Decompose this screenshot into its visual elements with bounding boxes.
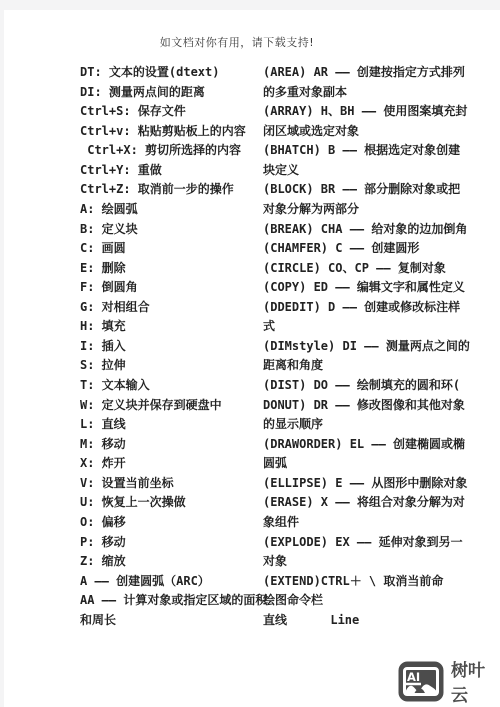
table-row: V: 设置当前坐标 (ELLIPSE) E —— 从图形中删除对象 (4, 474, 500, 494)
shortcut-right-cell: (EXPLODE) EX —— 延伸对象到另一 (263, 533, 500, 553)
table-row: 和周长 直线 Line (4, 611, 500, 631)
shortcut-right-cell: (DDEDIT) D —— 创建或修改标注样 (263, 298, 500, 318)
table-row: X: 炸开 圆弧 (4, 454, 500, 474)
shortcut-right-cell: (ERASE) X —— 将组合对象分解为对 (263, 493, 500, 513)
shortcut-right-cell: 式 (263, 317, 500, 337)
shortcut-right-cell: (COPY) ED —— 编辑文字和属性定义 (263, 278, 500, 298)
shortcut-left-cell: S: 拉伸 (80, 356, 263, 376)
watermark-brand: 树叶云 (451, 656, 500, 706)
table-row: DI: 测量两点间的距离 的多重对象副本 (4, 83, 500, 103)
table-row: W: 定义块并保存到硬盘中 DONUT) DR —— 修改图像和其他对象 (4, 396, 500, 416)
shortcut-left-cell: Z: 缩放 (80, 552, 263, 572)
table-row: Ctrl+X: 剪切所选择的内容 (BHATCH) B —— 根据选定对象创建 (4, 141, 500, 161)
shortcut-left-cell: A: 绘圆弧 (80, 200, 263, 220)
shortcut-right-cell: 的显示顺序 (263, 415, 500, 435)
shortcut-right-cell: (AREA) AR —— 创建按指定方式排列 (263, 63, 500, 83)
ai-image-logo-icon: AI (398, 661, 444, 702)
table-row: F: 倒圆角 (COPY) ED —— 编辑文字和属性定义 (4, 278, 500, 298)
watermark: AI 树叶云 (398, 656, 500, 706)
shortcut-right-cell: (ARRAY) H、BH —— 使用图案填充封 (263, 102, 500, 122)
shortcut-left-cell: DI: 测量两点间的距离 (80, 83, 263, 103)
shortcut-left-cell: AA —— 计算对象或指定区域的面积 (80, 591, 263, 611)
shortcut-right-cell: (EXTEND)CTRL＋ \ 取消当前命 (263, 572, 500, 592)
table-row: A: 绘圆弧 对象分解为两部分 (4, 200, 500, 220)
table-row: O: 偏移 象组件 (4, 513, 500, 533)
shortcut-right-cell: (DIMstyle) DI —— 测量两点之间的 (263, 337, 500, 357)
svg-text:AI: AI (407, 670, 420, 684)
download-notice: 如文档对你有用，请下载支持! (4, 34, 470, 50)
shortcut-left-cell: G: 对相组合 (80, 298, 263, 318)
table-row: DT: 文本的设置(dtext) (AREA) AR —— 创建按指定方式排列 (4, 63, 500, 83)
shortcut-left-cell: DT: 文本的设置(dtext) (80, 63, 263, 83)
shortcut-right-cell: (CIRCLE) CO、CP —— 复制对象 (263, 259, 500, 279)
shortcut-left-cell: O: 偏移 (80, 513, 263, 533)
shortcut-right-cell: (DRAWORDER) EL —— 创建椭圆或椭 (263, 435, 500, 455)
document-page: 如文档对你有用，请下载支持! DT: 文本的设置(dtext) (AREA) A… (4, 10, 500, 707)
shortcut-right-cell: 象组件 (263, 513, 500, 533)
shortcut-right-cell: 对象 (263, 552, 500, 572)
table-row: AA —— 计算对象或指定区域的面积 绘图命令栏 (4, 591, 500, 611)
table-row: S: 拉伸 距离和角度 (4, 356, 500, 376)
shortcut-left-cell: X: 炸开 (80, 454, 263, 474)
shortcut-right-cell: (DIST) DO —— 绘制填充的圆和环( (263, 376, 500, 396)
table-row: Ctrl+v: 粘贴剪贴板上的内容 闭区域或选定对象 (4, 122, 500, 142)
shortcut-left-cell: F: 倒圆角 (80, 278, 263, 298)
shortcut-left-cell: E: 删除 (80, 259, 263, 279)
shortcut-right-cell: DONUT) DR —— 修改图像和其他对象 (263, 396, 500, 416)
shortcut-left-cell: Ctrl+Z: 取消前一步的操作 (80, 180, 263, 200)
table-row: A —— 创建圆弧（ARC） (EXTEND)CTRL＋ \ 取消当前命 (4, 572, 500, 592)
table-row: Ctrl+Y: 重做 块定义 (4, 161, 500, 181)
shortcut-right-cell: 对象分解为两部分 (263, 200, 500, 220)
shortcut-left-cell: I: 插入 (80, 337, 263, 357)
table-row: Z: 缩放 对象 (4, 552, 500, 572)
table-row: G: 对相组合 (DDEDIT) D —— 创建或修改标注样 (4, 298, 500, 318)
shortcut-right-cell: (BREAK) CHA —— 给对象的边加倒角 (263, 220, 500, 240)
table-row: I: 插入 (DIMstyle) DI —— 测量两点之间的 (4, 337, 500, 357)
table-row: T: 文本输入 (DIST) DO —— 绘制填充的圆和环( (4, 376, 500, 396)
shortcut-list: DT: 文本的设置(dtext) (AREA) AR —— 创建按指定方式排列 … (4, 63, 500, 630)
table-row: E: 删除 (CIRCLE) CO、CP —— 复制对象 (4, 259, 500, 279)
shortcut-left-cell: L: 直线 (80, 415, 263, 435)
shortcut-right-cell: 块定义 (263, 161, 500, 181)
table-row: P: 移动 (EXPLODE) EX —— 延伸对象到另一 (4, 533, 500, 553)
shortcut-left-cell: C: 画圆 (80, 239, 263, 259)
table-row: Ctrl+S: 保存文件 (ARRAY) H、BH —— 使用图案填充封 (4, 102, 500, 122)
table-row: M: 移动 (DRAWORDER) EL —— 创建椭圆或椭 (4, 435, 500, 455)
shortcut-right-cell: 的多重对象副本 (263, 83, 500, 103)
shortcut-right-cell: 直线 Line (263, 611, 500, 631)
shortcut-right-cell: 距离和角度 (263, 356, 500, 376)
shortcut-left-cell: 和周长 (80, 611, 263, 631)
shortcut-left-cell: T: 文本输入 (80, 376, 263, 396)
shortcut-left-cell: V: 设置当前坐标 (80, 474, 263, 494)
table-row: B: 定义块 (BREAK) CHA —— 给对象的边加倒角 (4, 220, 500, 240)
shortcut-left-cell: Ctrl+v: 粘贴剪贴板上的内容 (80, 122, 263, 142)
shortcut-left-cell: H: 填充 (80, 317, 263, 337)
shortcut-left-cell: A —— 创建圆弧（ARC） (80, 572, 263, 592)
table-row: U: 恢复上一次操做 (ERASE) X —— 将组合对象分解为对 (4, 493, 500, 513)
table-row: C: 画圆 (CHAMFER) C —— 创建圆形 (4, 239, 500, 259)
shortcut-right-cell: 闭区域或选定对象 (263, 122, 500, 142)
shortcut-right-cell: 圆弧 (263, 454, 500, 474)
shortcut-right-cell: (ELLIPSE) E —— 从图形中删除对象 (263, 474, 500, 494)
shortcut-left-cell: P: 移动 (80, 533, 263, 553)
shortcut-left-cell: B: 定义块 (80, 220, 263, 240)
shortcut-left-cell: U: 恢复上一次操做 (80, 493, 263, 513)
shortcut-left-cell: Ctrl+X: 剪切所选择的内容 (80, 141, 263, 161)
table-row: L: 直线 的显示顺序 (4, 415, 500, 435)
shortcut-left-cell: Ctrl+Y: 重做 (80, 161, 263, 181)
shortcut-left-cell: Ctrl+S: 保存文件 (80, 102, 263, 122)
shortcut-left-cell: M: 移动 (80, 435, 263, 455)
shortcut-right-cell: (CHAMFER) C —— 创建圆形 (263, 239, 500, 259)
table-row: H: 填充 式 (4, 317, 500, 337)
shortcut-right-cell: (BLOCK) BR —— 部分删除对象或把 (263, 180, 500, 200)
shortcut-left-cell: W: 定义块并保存到硬盘中 (80, 396, 263, 416)
table-row: Ctrl+Z: 取消前一步的操作 (BLOCK) BR —— 部分删除对象或把 (4, 180, 500, 200)
shortcut-right-cell: (BHATCH) B —— 根据选定对象创建 (263, 141, 500, 161)
shortcut-right-cell: 绘图命令栏 (263, 591, 500, 611)
